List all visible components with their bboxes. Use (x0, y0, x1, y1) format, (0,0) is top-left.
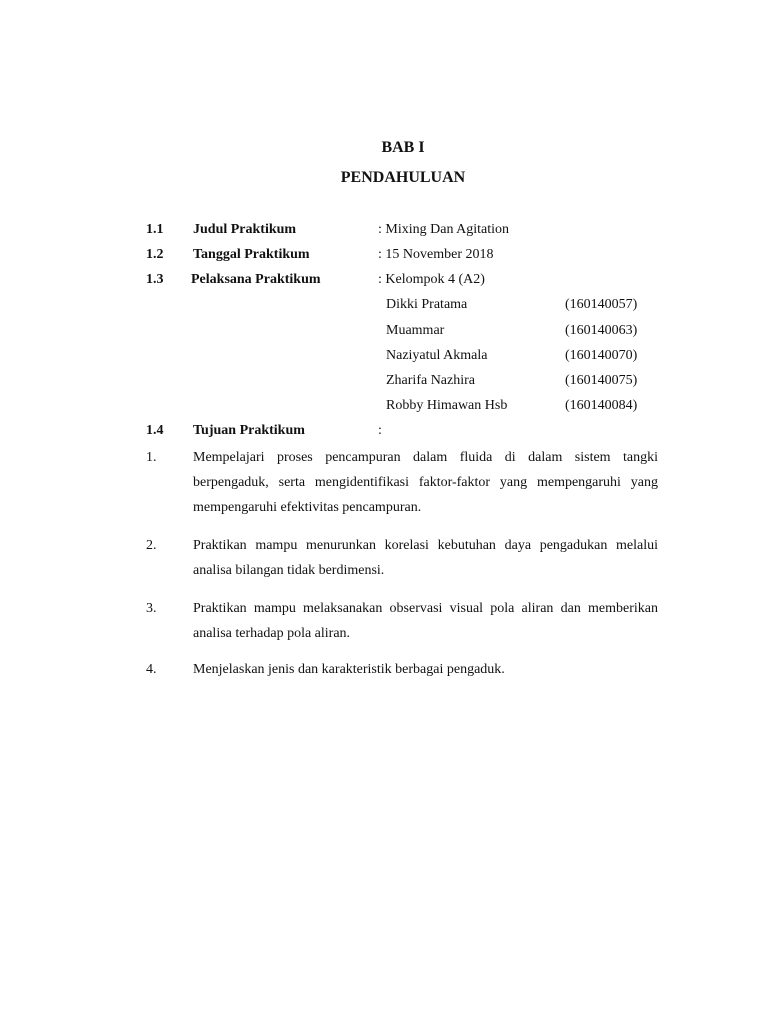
section-label: Tujuan Praktikum (193, 421, 305, 441)
section-value: 15 November 2018 (385, 247, 493, 262)
section-label: Tanggal Praktikum (193, 245, 310, 265)
member-id: (160140075) (565, 371, 637, 391)
member-name: Naziyatul Akmala (386, 346, 487, 366)
section-value: Kelompok 4 (A2) (385, 272, 485, 287)
separator: : (378, 421, 382, 441)
member-id: (160140070) (565, 346, 637, 366)
section-label: Pelaksana Praktikum (191, 270, 321, 290)
member-name: Zharifa Nazhira (386, 371, 475, 391)
goal-number: 4. (146, 657, 157, 682)
section-value: Mixing Dan Agitation (385, 222, 509, 237)
member-name: Robby Himawan Hsb (386, 396, 507, 416)
separator: : Mixing Dan Agitation (378, 220, 509, 240)
goal-number: 1. (146, 445, 157, 470)
separator: : Kelompok 4 (A2) (378, 270, 485, 290)
member-name: Muammar (386, 321, 444, 341)
member-name: Dikki Pratama (386, 295, 467, 315)
member-id: (160140084) (565, 396, 637, 416)
section-label: Judul Praktikum (193, 220, 296, 240)
section-number: 1.2 (146, 245, 164, 265)
separator: : 15 November 2018 (378, 245, 493, 265)
member-id: (160140063) (565, 321, 637, 341)
goal-text: Menjelaskan jenis dan karakteristik berb… (193, 657, 658, 682)
goal-number: 3. (146, 596, 157, 621)
goal-text: Praktikan mampu melaksanakan observasi v… (193, 596, 658, 646)
goal-number: 2. (146, 533, 157, 558)
chapter-heading: BAB I (19, 139, 768, 157)
section-number: 1.3 (146, 270, 164, 290)
goal-text: Praktikan mampu menurunkan korelasi kebu… (193, 533, 658, 583)
member-id: (160140057) (565, 295, 637, 315)
chapter-title: PENDAHULUAN (19, 169, 768, 187)
section-number: 1.1 (146, 220, 164, 240)
section-number: 1.4 (146, 421, 164, 441)
goal-text: Mempelajari proses pencampuran dalam flu… (193, 445, 658, 520)
